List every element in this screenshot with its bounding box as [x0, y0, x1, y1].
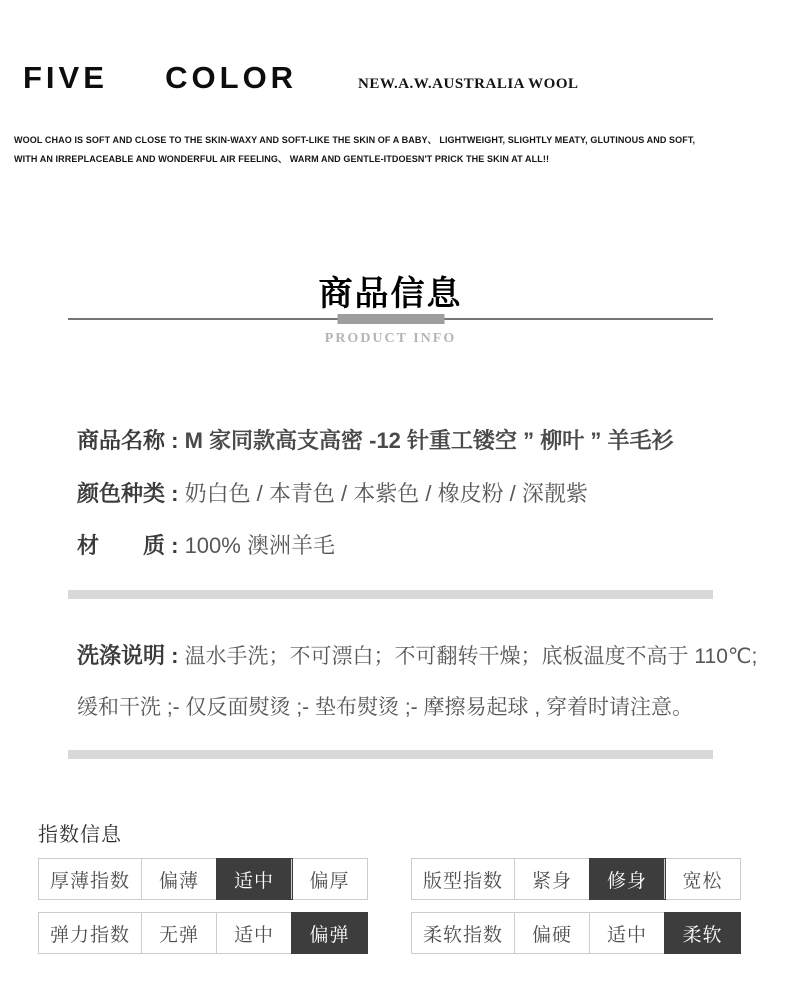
index-option-selected: 偏弹	[292, 913, 367, 953]
divider-center-rect	[337, 314, 444, 324]
index-option: 无弹	[142, 913, 217, 953]
index-info-title: 指数信息	[38, 818, 122, 847]
brand-description-line1: WOOL CHAO IS SOFT AND CLOSE TO THE SKIN-…	[14, 131, 695, 150]
section-divider	[68, 318, 713, 320]
product-colors-label: 颜色种类 :	[77, 481, 185, 506]
index-label-thickness: 厚薄指数	[39, 859, 142, 899]
product-name-value: M 家同款高支高密 -12 针重工镂空 ” 柳叶 ” 羊毛衫	[185, 428, 674, 453]
index-label-softness: 柔软指数	[412, 913, 515, 953]
washing-line2-text: 缓和干洗 ;- 仅反面熨烫 ;- 垫布熨烫 ;- 摩擦易起球 , 穿着时请注意。	[77, 696, 693, 719]
product-info-page: FIVE COLOR NEW.A.W.AUSTRALIA WOOL WOOL C…	[0, 0, 790, 983]
section-title: 商品信息	[68, 266, 713, 315]
separator-bar-bottom	[68, 750, 713, 759]
index-option: 偏厚	[292, 859, 367, 899]
index-label-elasticity: 弹力指数	[39, 913, 142, 953]
product-name-row: 商品名称 : M 家同款高支高密 -12 针重工镂空 ” 柳叶 ” 羊毛衫	[77, 424, 737, 455]
index-table-elasticity: 弹力指数 无弹 适中 偏弹	[38, 912, 368, 954]
product-material-row: 材 质 : 100% 澳洲羊毛	[77, 529, 737, 560]
washing-line2: 缓和干洗 ;- 仅反面熨烫 ;- 垫布熨烫 ;- 摩擦易起球 , 穿着时请注意。	[77, 691, 737, 721]
washing-line1: 洗涤说明 : 温水手洗；不可漂白；不可翻转干燥；底板温度不高于 110℃;	[77, 639, 737, 670]
index-table-fit: 版型指数 紧身 修身 宽松	[411, 858, 741, 900]
brand-subtitle: NEW.A.W.AUSTRALIA WOOL	[358, 76, 579, 93]
product-colors-row: 颜色种类 : 奶白色 / 本青色 / 本紫色 / 橡皮粉 / 深靓紫	[77, 477, 737, 508]
index-option-selected: 柔软	[665, 913, 740, 953]
index-option-selected: 适中	[217, 859, 292, 899]
index-label-fit: 版型指数	[412, 859, 515, 899]
washing-label: 洗涤说明 :	[77, 643, 185, 668]
index-option: 适中	[590, 913, 665, 953]
brand-description: WOOL CHAO IS SOFT AND CLOSE TO THE SKIN-…	[14, 131, 695, 169]
index-option: 宽松	[665, 859, 740, 899]
index-option-selected: 修身	[590, 859, 665, 899]
index-table-thickness: 厚薄指数 偏薄 适中 偏厚	[38, 858, 368, 900]
index-option: 偏硬	[515, 913, 590, 953]
separator-bar-top	[68, 590, 713, 599]
index-option: 偏薄	[142, 859, 217, 899]
index-table-softness: 柔软指数 偏硬 适中 柔软	[411, 912, 741, 954]
brand-description-line2: WITH AN IRREPLACEABLE AND WONDERFUL AIR …	[14, 150, 695, 169]
product-name-label: 商品名称 :	[77, 428, 185, 453]
product-colors-value: 奶白色 / 本青色 / 本紫色 / 橡皮粉 / 深靓紫	[185, 481, 588, 506]
washing-line1-text: 温水手洗；不可漂白；不可翻转干燥；底板温度不高于 110℃;	[185, 645, 758, 668]
index-option: 紧身	[515, 859, 590, 899]
brand-title: FIVE COLOR	[23, 60, 297, 96]
section-subtitle: PRODUCT INFO	[68, 331, 713, 347]
index-option: 适中	[217, 913, 292, 953]
product-material-value: 100% 澳洲羊毛	[185, 533, 335, 558]
product-material-label: 材 质 :	[77, 533, 185, 558]
